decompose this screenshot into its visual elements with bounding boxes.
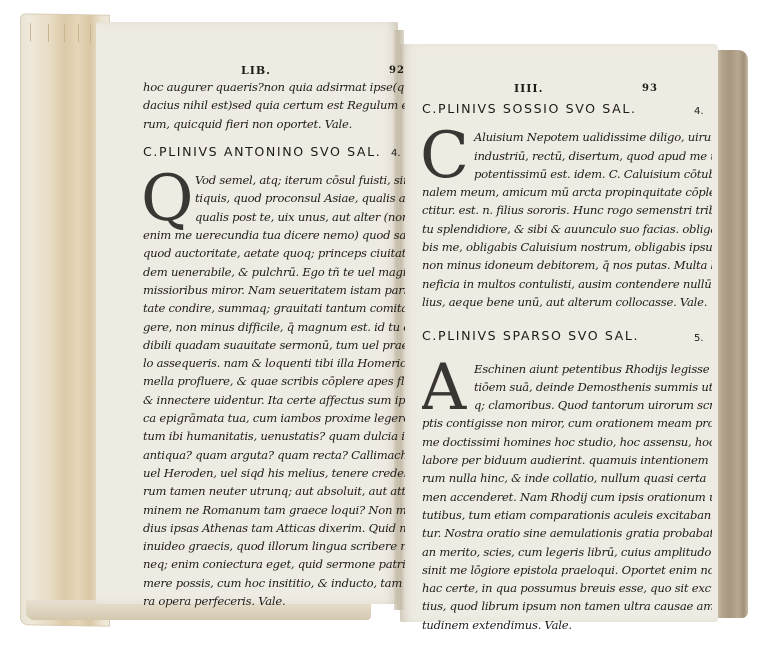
text-line: tu splendidiore, & sibi & auunculo suo f… bbox=[422, 220, 712, 238]
text-line: dacius nihil est)sed quia certum est Reg… bbox=[143, 96, 405, 114]
text-line: men accenderet. Nam Rhodij cum ipsis ora… bbox=[422, 488, 712, 506]
text-line: ra opera perfeceris. Vale. bbox=[143, 592, 405, 610]
letter-heading: C.PLINIVS SPARSO SVO SAL. 5. bbox=[422, 327, 712, 345]
text-line: hoc augurer quaeris?non quia adsirmat ip… bbox=[143, 78, 405, 96]
text-line: & innectere uidentur. Ita certe affectus… bbox=[143, 391, 405, 409]
text-line: inuideo graecis, quod illorum lingua scr… bbox=[143, 537, 405, 555]
drop-cap: C bbox=[422, 128, 469, 184]
open-book-photo: LIB. 92 hoc augurer quaeris?non quia ads… bbox=[0, 0, 768, 645]
left-page-text: LIB. 92 hoc augurer quaeris?non quia ads… bbox=[143, 62, 405, 610]
text-line: non minus idoneum debitorem, q̄ nos puta… bbox=[422, 256, 712, 274]
running-head-label: LIB. bbox=[241, 62, 271, 80]
text-line: tate condire, summaq; grauitati tantum c… bbox=[143, 299, 405, 317]
text-line: hac certe, in qua possumus breuis esse, … bbox=[422, 579, 712, 597]
letter-heading-text: C.PLINIVS SPARSO SVO SAL. bbox=[422, 328, 639, 343]
text-line: quod auctoritate, aetate quoq; princeps … bbox=[143, 244, 405, 262]
running-head-label: IIII. bbox=[514, 80, 543, 98]
text-line: rum tamen neuter utrunq; aut absoluit, a… bbox=[143, 482, 405, 500]
right-fore-edge bbox=[716, 50, 748, 618]
folio-number: 92 bbox=[389, 62, 405, 80]
right-page-text: IIII. 93 C.PLINIVS SOSSIO SVO SAL. 4. C … bbox=[422, 80, 712, 634]
text-line: bis me, obligabis Caluisium nostrum, obl… bbox=[422, 238, 712, 256]
text-line: neq; enim coniectura eget, quid sermone … bbox=[143, 555, 405, 573]
running-head-right: IIII. 93 bbox=[422, 80, 712, 96]
text-line: tius, quod librum ipsum non tamen ultra … bbox=[422, 597, 712, 615]
folio-number: 93 bbox=[642, 80, 658, 98]
text-line: mere possis, cum hoc insititio, & induct… bbox=[143, 574, 405, 592]
text-line: antiqua? quam arguta? quam recta? Callim… bbox=[143, 446, 405, 464]
letter-number: 4. bbox=[391, 145, 401, 163]
letter-number: 4. bbox=[694, 103, 704, 121]
text-line: rum nulla hinc, & inde collatio, nullum … bbox=[422, 469, 712, 487]
letter-heading-text: C.PLINIVS SOSSIO SVO SAL. bbox=[422, 101, 637, 116]
text-line: sinit me lōgiore epistola praeloqui. Opo… bbox=[422, 561, 712, 579]
letter-heading: C.PLINIVS SOSSIO SVO SAL. 4. bbox=[422, 100, 712, 118]
letter-heading-text: C.PLINIVS ANTONINO SVO SAL. bbox=[143, 144, 381, 159]
text-line: me doctissimi homines hoc studio, hoc as… bbox=[422, 433, 712, 451]
text-line: rum, quicquid fieri non oportet. Vale. bbox=[143, 115, 405, 133]
running-head-left: LIB. 92 bbox=[143, 62, 405, 78]
letter-heading: C.PLINIVS ANTONINO SVO SAL. 4. bbox=[143, 143, 405, 161]
text-line: labore per biduum audierint. quamuis int… bbox=[422, 451, 712, 469]
letter-body: A Eschinen aiunt petentibus Rhodijs legi… bbox=[422, 360, 712, 634]
text-line: dem uenerabile, & pulchrū. Ego tñ te uel… bbox=[143, 263, 405, 281]
text-line: lo assequeris. nam & loquenti tibi illa … bbox=[143, 354, 405, 372]
text-line: lius, aeque bene unū, aut alterum colloc… bbox=[422, 293, 712, 311]
text-line: gere, non minus difficile, q̄ magnum est… bbox=[143, 318, 405, 336]
text-line: dibili quadam suauitate sermonū, tum uel… bbox=[143, 336, 405, 354]
text-line: missioribus miror. Nam seueritatem istam… bbox=[143, 281, 405, 299]
text-line: neficia in multos contulisti, ausim cont… bbox=[422, 275, 712, 293]
text-line: mella profluere, & quae scribis cōplere … bbox=[143, 372, 405, 390]
letter-body: Q Vod semel, atq; iterum cōsul fuisti, s… bbox=[143, 171, 405, 610]
text-line: dius ipsas Athenas tam Atticas dixerim. … bbox=[143, 519, 405, 537]
text-line: tudinem extendimus. Vale. bbox=[422, 616, 712, 634]
text-line: tur. Nostra oratio sine aemulationis gra… bbox=[422, 524, 712, 542]
drop-cap: Q bbox=[143, 171, 193, 227]
drop-cap: A bbox=[422, 360, 466, 416]
text-line: ca epigrāmata tua, cum iambos proxime le… bbox=[143, 409, 405, 427]
text-line: uel Heroden, uel siqd his melius, tenere… bbox=[143, 464, 405, 482]
letter-body: C Aluisium Nepotem ualidissime diligo, u… bbox=[422, 128, 712, 311]
letter-number: 5. bbox=[694, 330, 704, 348]
text-line: an merito, scies, cum legeris librū, cui… bbox=[422, 543, 712, 561]
text-line: ctitur. est. n. filius sororis. Hunc rog… bbox=[422, 201, 712, 219]
text-line: tutibus, tum etiam comparationis aculeis… bbox=[422, 506, 712, 524]
text-line: minem ne Romanum tam graece loqui? Non m… bbox=[143, 501, 405, 519]
text-line: tum ibi humanitatis, uenustatis? quam du… bbox=[143, 427, 405, 445]
